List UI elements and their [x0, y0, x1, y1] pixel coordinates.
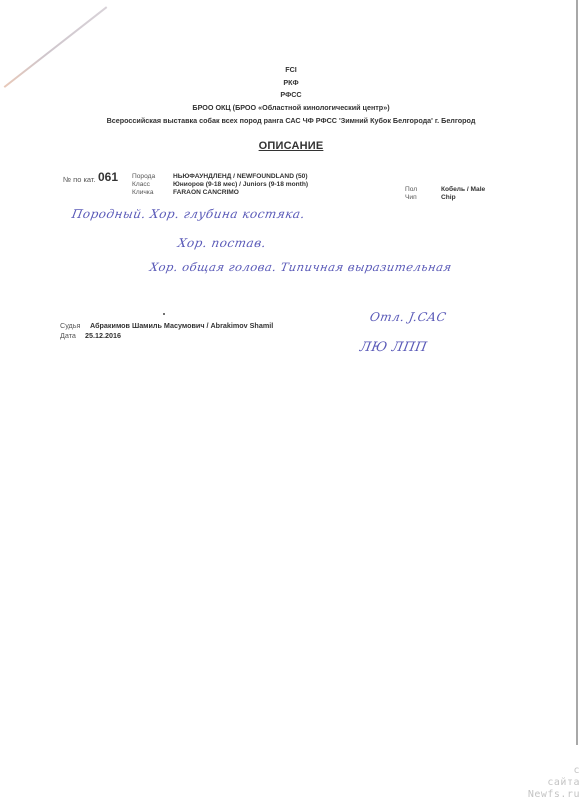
handwritten-line-2: Хор. постав. — [177, 236, 268, 250]
date-label: Дата — [60, 331, 76, 340]
judge-value: Абракимов Шамиль Масумович / Abrakimov S… — [90, 321, 273, 330]
name-value: FARAON CANCRIMO — [173, 189, 239, 196]
dot-mark — [163, 313, 165, 315]
catalog-number: 061 — [98, 170, 118, 184]
page-title: ОПИСАНИЕ — [0, 140, 582, 152]
watermark-line-1: с — [573, 765, 580, 776]
breed-value: НЬЮФАУНДЛЕНД / NEWFOUNDLAND (50) — [173, 173, 308, 180]
breed-label: Порода — [132, 173, 155, 180]
org-fci: FCI — [0, 65, 582, 74]
chip-label: Чип — [405, 194, 417, 201]
event-name: Всероссийская выставка собак всех пород … — [0, 116, 582, 125]
watermark-line-2: сайта — [547, 777, 580, 788]
class-value: Юниоров (9-18 мес) / Juniors (9-18 month… — [173, 181, 308, 188]
name-label: Кличка — [132, 189, 154, 196]
org-rfss: РФСС — [0, 90, 582, 99]
date-value: 25.12.2016 — [85, 331, 121, 340]
watermark-line-3: Newfs.ru — [528, 789, 580, 800]
handwritten-grade: Отл. J.CAC — [369, 310, 448, 324]
chip-value: Chip — [441, 194, 456, 201]
handwritten-line-1: Породный. Хор. глубина костяка. — [71, 207, 306, 221]
scan-artifact-line — [4, 6, 107, 87]
catalog-label: № по кат. — [63, 175, 96, 184]
sex-value: Кобель / Male — [441, 186, 485, 193]
sex-label: Пол — [405, 186, 417, 193]
judge-label: Судья — [60, 321, 80, 330]
handwritten-line-3: Хор. общая голова. Типичная выразительна… — [149, 260, 453, 274]
club-name: БРОО ОКЦ (БРОО «Областной кинологический… — [0, 103, 582, 112]
handwritten-award: ЛЮ ЛПП — [359, 340, 429, 355]
org-rkf: РКФ — [0, 78, 582, 87]
class-label: Класс — [132, 181, 150, 188]
